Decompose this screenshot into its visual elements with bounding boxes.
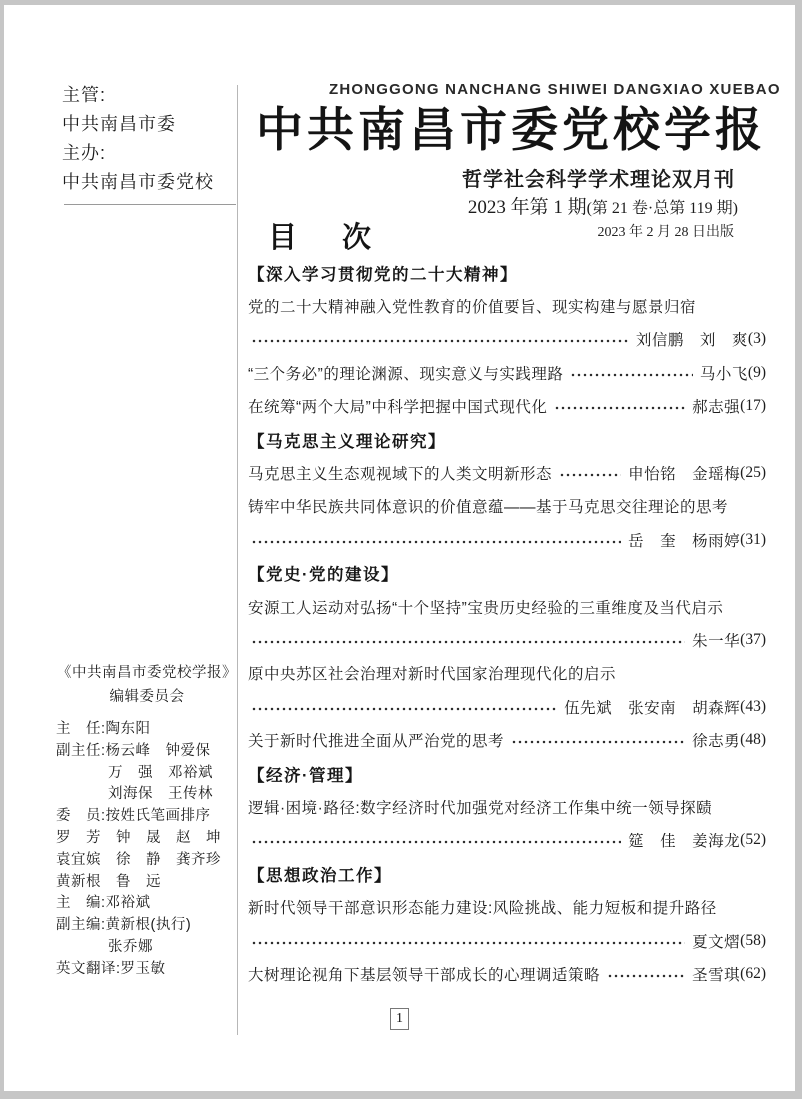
toc-article-title-row: 原中央苏区社会治理对新时代国家治理现代化的启示: [244, 657, 766, 690]
toc-article-row: 大树理论视角下基层领导干部成长的心理调适策略圣雪琪(62): [244, 957, 766, 990]
committee-title-line2: 编辑委员会: [56, 685, 238, 709]
committee-row: 袁宜嫔 徐 静 龚齐珍: [56, 850, 238, 872]
toc-article-title: 大树理论视角下基层领导干部成长的心理调适策略: [248, 963, 600, 985]
toc-article-title: 原中央苏区社会治理对新时代国家治理现代化的启示: [248, 662, 616, 684]
toc-article-page: (43): [740, 698, 766, 716]
toc-article-title-row: 新时代领导干部意识形态能力建设:风险挑战、能力短板和提升路径: [244, 890, 766, 923]
committee-row-text: 杨云峰 钟爱保: [106, 743, 211, 759]
journal-subtitle: 哲学社会科学学术理论双月刊: [244, 165, 766, 195]
committee-row-text: 袁宜嫔 徐 静 龚齐珍: [56, 852, 221, 868]
toc-article-title-row: 逻辑·困境·路径:数字经济时代加强党对经济工作集中统一领导探赜: [244, 790, 766, 823]
organizer-name: 中共南昌市委党校: [62, 168, 234, 197]
committee-rows: 主 任:陶东阳副主任:杨云峰 钟爱保万 强 邓裕斌刘海保 王传林委 员:按姓氏笔…: [56, 719, 238, 981]
committee-row: 张乔娜: [56, 937, 238, 959]
masthead: 主管: 中共南昌市委 主办: 中共南昌市委党校: [62, 81, 234, 205]
toc-article-authors: 夏文熠: [692, 930, 740, 952]
toc-article-authors: 岳 奎 杨雨婷: [628, 529, 740, 551]
toc-article-authors: 筵 佳 姜海龙: [628, 829, 740, 851]
toc-article-authors: 马小飞: [700, 362, 748, 384]
committee-row-text: 万 强 邓裕斌: [108, 765, 213, 781]
toc-section-heading: 【经济·管理】: [244, 757, 766, 790]
toc-dot-leader: [251, 706, 557, 712]
committee-row-label: 副主编:: [56, 915, 106, 937]
toc-article-page: (48): [740, 731, 766, 749]
committee-row-text: 罗 芳 钟 晟 赵 坤: [56, 830, 221, 846]
toc-article-title: 铸牢中华民族共同体意识的价值意蕴——基于马克思交往理论的思考: [248, 495, 728, 517]
toc-dot-leader: [251, 839, 621, 845]
toc-article-authors: 朱一华: [692, 629, 740, 651]
toc-article-row: 在统筹“两个大局”中科学把握中国式现代化郝志强(17): [244, 390, 766, 423]
committee-row-label: 主 任:: [56, 719, 106, 741]
journal-pinyin-title: ZHONGGONG NANCHANG SHIWEI DANGXIAO XUEBA…: [244, 81, 766, 99]
toc-section-heading: 【马克思主义理论研究】: [244, 423, 766, 456]
committee-row-label: 副主任:: [56, 741, 106, 763]
toc-article-title: 新时代领导干部意识形态能力建设:风险挑战、能力短板和提升路径: [248, 896, 717, 918]
page-number-box: 1: [390, 1008, 409, 1030]
journal-cover-page: 主管: 中共南昌市委 主办: 中共南昌市委党校 《中共南昌市委党校学报》 编辑委…: [4, 5, 795, 1091]
committee-row-label: 主 编:: [56, 893, 106, 915]
main-column: ZHONGGONG NANCHANG SHIWEI DANGXIAO XUEBA…: [244, 81, 766, 991]
toc-article-page: (58): [740, 932, 766, 950]
toc-article-page: (9): [748, 364, 766, 382]
toc-dot-leader: [554, 405, 685, 411]
toc-article-title: 党的二十大精神融入党性教育的价值要旨、现实构建与愿景归宿: [248, 295, 696, 317]
committee-row-text: 邓裕斌: [106, 895, 151, 911]
committee-row-text: 黄新根(执行): [106, 917, 192, 933]
committee-row: 委 员:按姓氏笔画排序: [56, 806, 238, 828]
committee-row: 罗 芳 钟 晟 赵 坤: [56, 828, 238, 850]
committee-row-text: 罗玉敏: [121, 961, 166, 977]
organizer-label: 主办:: [62, 139, 234, 168]
toc-article-page: (37): [740, 631, 766, 649]
toc-article-authors: 徐志勇: [692, 729, 740, 751]
committee-row: 刘海保 王传林: [56, 784, 238, 806]
committee-row-text: 陶东阳: [106, 721, 151, 737]
toc-article-row: “三个务必”的理论渊源、现实意义与实践理路马小飞(9): [244, 356, 766, 389]
committee-row: 万 强 邓裕斌: [56, 763, 238, 785]
committee-row: 主 编:邓裕斌: [56, 893, 238, 915]
committee-row: 英文翻译:罗玉敏: [56, 959, 238, 981]
committee-row-text: 黄新根 鲁 远: [56, 874, 161, 890]
toc-dot-leader: [570, 372, 693, 378]
toc-title: 目 次: [268, 215, 379, 256]
toc-article-leader-row: 朱一华(37): [244, 623, 766, 656]
masthead-rule: [64, 204, 236, 205]
committee-row-text: 刘海保 王传林: [108, 786, 213, 802]
toc-article-leader-row: 刘信鹏 刘 爽(3): [244, 323, 766, 356]
editorial-committee: 《中共南昌市委党校学报》 编辑委员会 主 任:陶东阳副主任:杨云峰 钟爱保万 强…: [56, 661, 238, 981]
committee-row: 主 任:陶东阳: [56, 719, 238, 741]
toc-dot-leader: [251, 940, 685, 946]
toc-article-title-row: 安源工人运动对弘扬“十个坚持”宝贵历史经验的三重维度及当代启示: [244, 590, 766, 623]
toc-article-title: 关于新时代推进全面从严治党的思考: [248, 729, 504, 751]
toc-article-authors: 申怡铭 金瑶梅: [628, 462, 740, 484]
supervisor-name: 中共南昌市委: [62, 110, 234, 139]
committee-row: 副主任:杨云峰 钟爱保: [56, 741, 238, 763]
toc-article-page: (17): [740, 397, 766, 415]
toc-article-authors: 伍先斌 张安南 胡森辉: [564, 696, 740, 718]
toc-dot-leader: [559, 472, 621, 478]
scanned-journal-toc-page: { "masthead": { "lines": ["主管:", "中共南昌市委…: [0, 0, 802, 1099]
toc-article-title-row: 铸牢中华民族共同体意识的价值意蕴——基于马克思交往理论的思考: [244, 490, 766, 523]
committee-row-label: 英文翻译:: [56, 959, 121, 981]
toc-dot-leader: [251, 338, 629, 344]
toc-article-leader-row: 伍先斌 张安南 胡森辉(43): [244, 690, 766, 723]
toc-article-row: 关于新时代推进全面从严治党的思考徐志勇(48): [244, 723, 766, 756]
toc-section-heading: 【深入学习贯彻党的二十大精神】: [244, 256, 766, 289]
toc-article-page: (25): [740, 464, 766, 482]
issue-detail: (第 21 卷·总第 119 期): [587, 200, 738, 217]
toc-article-page: (52): [740, 831, 766, 849]
toc-article-authors: 圣雪琪: [692, 963, 740, 985]
toc-article-leader-row: 筵 佳 姜海龙(52): [244, 824, 766, 857]
committee-title-line1: 《中共南昌市委党校学报》: [56, 661, 238, 685]
committee-row-text: 张乔娜: [108, 939, 153, 955]
committee-row-text: 按姓氏笔画排序: [106, 808, 211, 824]
toc-article-leader-row: 夏文熠(58): [244, 924, 766, 957]
toc-article-title: 在统筹“两个大局”中科学把握中国式现代化: [248, 395, 547, 417]
toc-article-page: (31): [740, 531, 766, 549]
toc-section-heading: 【思想政治工作】: [244, 857, 766, 890]
toc-article-page: (3): [748, 330, 766, 348]
toc-dot-leader: [607, 973, 685, 979]
toc-dot-leader: [251, 639, 685, 645]
toc-article-page: (62): [740, 965, 766, 983]
toc-article-title: 逻辑·困境·路径:数字经济时代加强党对经济工作集中统一领导探赜: [248, 796, 712, 818]
toc-article-authors: 刘信鹏 刘 爽: [636, 328, 748, 350]
committee-row-label: 委 员:: [56, 806, 106, 828]
toc-article-title: “三个务必”的理论渊源、现实意义与实践理路: [248, 362, 563, 384]
toc-article-title: 安源工人运动对弘扬“十个坚持”宝贵历史经验的三重维度及当代启示: [248, 596, 723, 618]
toc-dot-leader: [251, 539, 621, 545]
toc-article-title-row: 党的二十大精神融入党性教育的价值要旨、现实构建与愿景归宿: [244, 289, 766, 322]
committee-row: 黄新根 鲁 远: [56, 872, 238, 894]
supervisor-label: 主管:: [62, 81, 234, 110]
toc-section-heading: 【党史·党的建设】: [244, 557, 766, 590]
toc-list: 【深入学习贯彻党的二十大精神】党的二十大精神融入党性教育的价值要旨、现实构建与愿…: [244, 256, 766, 991]
toc-article-title: 马克思主义生态观视域下的人类文明新形态: [248, 462, 552, 484]
journal-title: 中共南昌市委党校学报: [244, 101, 766, 159]
toc-dot-leader: [511, 739, 685, 745]
issue-number: 2023 年第 1 期: [468, 197, 587, 218]
committee-row: 副主编:黄新根(执行): [56, 915, 238, 937]
toc-article-authors: 郝志强: [692, 395, 740, 417]
toc-article-leader-row: 岳 奎 杨雨婷(31): [244, 523, 766, 556]
toc-article-row: 马克思主义生态观视域下的人类文明新形态申怡铭 金瑶梅(25): [244, 456, 766, 489]
